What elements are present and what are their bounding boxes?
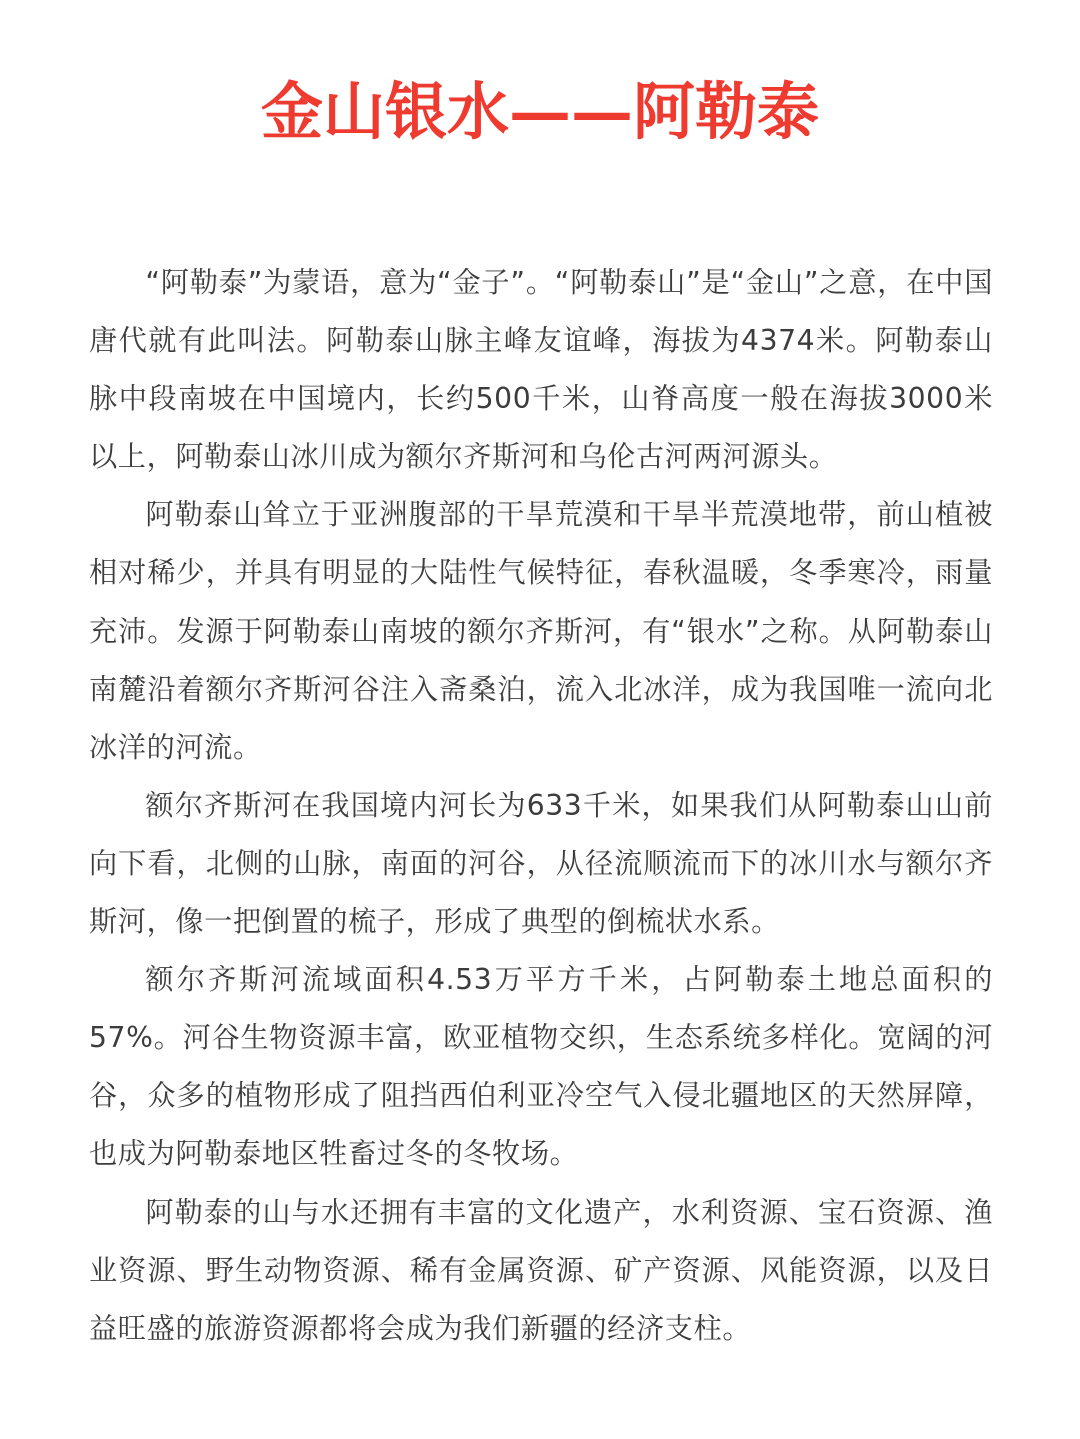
paragraph-climate-river: 阿勒泰山耸立于亚洲腹部的干旱荒漠和干旱半荒漠地带，前山植被相对稀少，并具有明显的… [89,486,993,776]
document-page: 金山银水——阿勒泰 “阿勒泰”为蒙语，意为“金子”。“阿勒泰山”是“金山”之意，… [0,0,1080,1439]
paragraph-river-system: 额尔齐斯河在我国境内河长为633千米，如果我们从阿勒泰山山前向下看，北侧的山脉，… [89,777,993,951]
paragraph-basin-ecology: 额尔齐斯河流域面积4.53万平方千米，占阿勒泰土地总面积的57%。河谷生物资源丰… [89,951,993,1183]
paragraph-resources: 阿勒泰的山与水还拥有丰富的文化遗产，水利资源、宝石资源、渔业资源、野生动物资源、… [89,1184,993,1358]
article-body: “阿勒泰”为蒙语，意为“金子”。“阿勒泰山”是“金山”之意，在中国唐代就有此叫法… [89,254,993,1358]
document-title: 金山银水——阿勒泰 [0,72,1080,152]
paragraph-etymology: “阿勒泰”为蒙语，意为“金子”。“阿勒泰山”是“金山”之意，在中国唐代就有此叫法… [89,254,993,486]
